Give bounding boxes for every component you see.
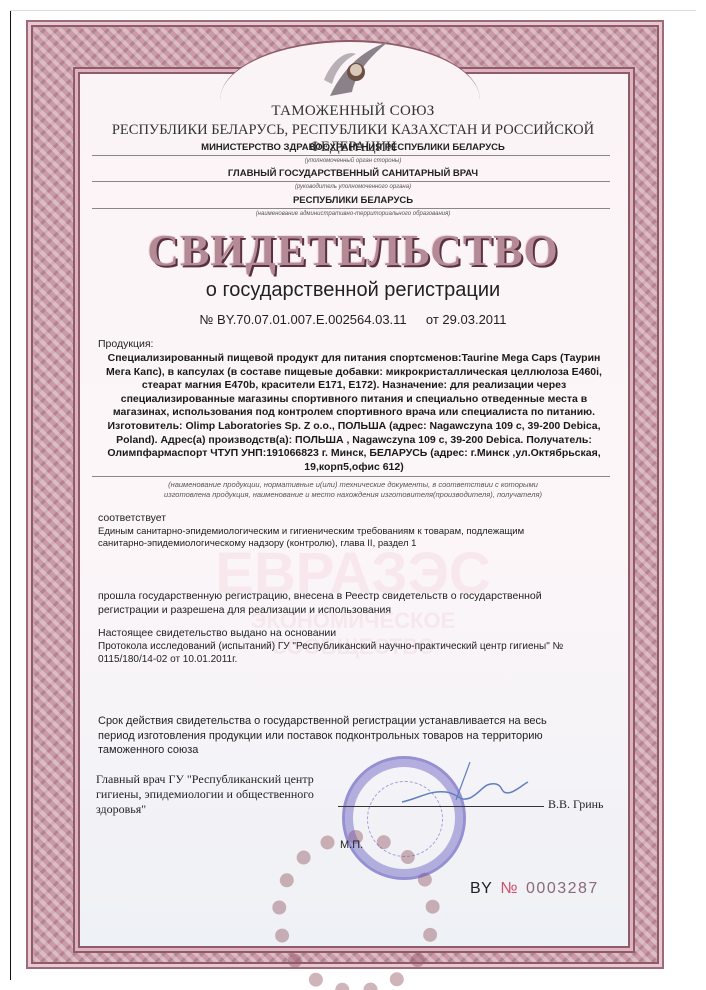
page-edge [10,10,11,980]
signatory-line: Главный врач ГУ "Республиканский центр [96,772,314,787]
serial-country: BY [470,880,492,897]
conformity-line: Единым санитарно-эпидемиологическим и ги… [98,526,610,538]
ministry-name: МИНИСТЕРСТВО ЗДРАВООХРАНЕНИЯ РЕСПУБЛИКИ … [80,142,626,153]
validity-text: Срок действия свидетельства о государств… [98,714,610,758]
conformity-line: санитарно-эпидемиологическому надзору (к… [98,538,610,550]
validity-line: таможенного союза [98,743,610,758]
ministry-caption: (уполномоченный орган стороны) [80,158,626,164]
registration-date: от 29.03.2011 [426,312,507,327]
product-line: Специализированный пищевой продукт для п… [96,352,612,366]
basis-label: Настоящее свидетельство выдано на основа… [98,627,610,641]
validity-line: период изготовления продукции или постав… [98,729,610,744]
customs-union-emblem-icon [322,40,392,100]
product-line: Изготовитель: Olimp Laboratories Sp. Z o… [96,420,612,434]
conformity-label: соответствует [98,512,610,526]
chief-caption: (руководитель уполномоченного органа) [80,184,626,190]
basis-text: Протокола исследований (испытаний) ГУ "Р… [98,641,610,666]
serial-number: BY№0003287 [470,880,599,898]
divider [92,155,610,156]
region-name: РЕСПУБЛИКИ БЕЛАРУСЬ [80,195,626,206]
product-label: Продукция: [98,338,610,352]
product-line: стеарат магния Е470b, красители Е171, Е1… [96,379,612,393]
product-line: 19,корп5,офис 612) [96,461,612,475]
product-line: Мега Капс), в капсулах (в составе пищевы… [96,366,612,380]
certificate-subtitle: о государственной регистрации [80,279,626,302]
serial-no-sign: № [500,880,518,897]
product-description: Специализированный пищевой продукт для п… [96,352,612,474]
seal-label: М.П. [340,838,363,853]
product-caption-2: изготовлена продукция, наименование и ме… [80,490,626,499]
divider [92,181,610,182]
divider [92,476,610,477]
product-line: магазинах, использования под контролем с… [96,406,612,420]
basis-line: Протокола исследований (испытаний) ГУ "Р… [98,641,610,654]
registration-line: регистрации и разрешена для реализации и… [98,604,610,618]
registration-line: прошла государственную регистрацию, внес… [98,590,610,604]
certificate-title: СВИДЕТЕЛЬСТВО [80,225,626,276]
signatory-name: В.В. Гринь [548,797,604,812]
handwritten-signature-icon [400,762,530,812]
region-caption: (наименование административно-территориа… [80,211,626,217]
product-caption-1: (наименование продукции, нормативные и(и… [80,480,626,489]
page-edge-top [10,10,696,11]
conformity-text: Единым санитарно-эпидемиологическим и ги… [98,526,610,550]
basis-line: 0115/180/14-02 от 10.01.2011г. [98,654,610,667]
product-line: Poland). Адрес(а) производств(а): ПОЛЬША… [96,434,612,448]
signatory-position: Главный врач ГУ "Республиканский центр г… [96,772,314,817]
divider [92,208,610,209]
validity-line: Срок действия свидетельства о государств… [98,714,610,729]
signatory-line: здоровья" [96,802,314,817]
signatory-line: гигиены, эпидемиологии и общественного [96,787,314,802]
product-line: Олимпфармаспорт ЧТУП УНП:191066823 г. Ми… [96,447,612,461]
registration-number: № BY.70.07.01.007.E.002564.03.11 от 29.0… [80,312,626,327]
registration-number-value: № BY.70.07.01.007.E.002564.03.11 [199,312,406,327]
customs-union-title: ТАМОЖЕННЫЙ СОЮЗ [80,103,626,120]
chief-title: ГЛАВНЫЙ ГОСУДАРСТВЕННЫЙ САНИТАРНЫЙ ВРАЧ [80,168,626,179]
product-line: специализированные магазины спортивного … [96,393,612,407]
serial-value: 0003287 [526,880,599,897]
registration-text: прошла государственную регистрацию, внес… [98,590,610,617]
